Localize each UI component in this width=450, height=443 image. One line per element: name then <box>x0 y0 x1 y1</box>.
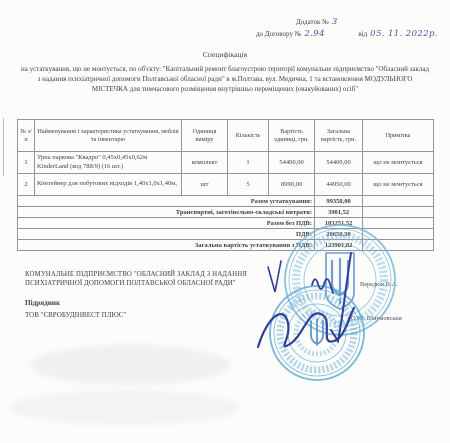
summary-label: Разом без ПДВ: <box>18 218 315 229</box>
column-header-qty: Кількість <box>228 120 269 152</box>
contract-number-handwritten: 2.94 <box>304 29 325 39</box>
summary-value: 3901,52 <box>315 207 363 218</box>
scan-smudge <box>30 345 230 385</box>
summary-note-empty <box>363 240 434 251</box>
cell-note: що не монтується <box>363 174 434 196</box>
cell-num: 1 <box>18 152 35 174</box>
date-value-handwritten: 05. 11. 2022р. <box>370 29 438 39</box>
summary-value: 20650,30 <box>315 229 363 240</box>
appendix-label: Додаток № <box>296 18 329 26</box>
summary-note-empty <box>363 207 434 218</box>
column-header-name: Найменування і характеристика устаткуван… <box>35 120 182 152</box>
summary-row-vat: ПДВ: 20650,30 <box>18 229 434 240</box>
cell-num: 2 <box>18 174 35 196</box>
summary-row-total-without-vat: Разом без ПДВ: 103251,52 <box>18 218 434 229</box>
signer-name-1: Вередкін В.А. <box>360 281 398 288</box>
summary-value: 123901,82 <box>315 240 363 251</box>
summary-row-transport-costs: Транспортні, заготівельно-складські витр… <box>18 207 434 218</box>
column-header-note: Примітка <box>363 120 434 152</box>
summary-label: Разом устаткування: <box>18 196 315 207</box>
cell-qty: 5 <box>228 174 269 196</box>
summary-note-empty <box>363 229 434 240</box>
appendix-line: Додаток №3 <box>296 17 338 27</box>
summary-row-grand-total: Загальна вартість устаткування з ПДВ: 12… <box>18 240 434 251</box>
cell-qty: 1 <box>228 152 269 174</box>
summary-label: ПДВ: <box>18 229 315 240</box>
intro-paragraph: на устаткування, що не монтується, по об… <box>20 64 430 94</box>
cell-unit-price: 8990,00 <box>269 174 315 196</box>
cell-note: що не монтується <box>363 152 434 174</box>
trident-icon <box>332 259 348 303</box>
summary-row-total-equipment: Разом устаткування: 99350,00 <box>18 196 434 207</box>
summary-label: Транспортні, заготівельно-складські витр… <box>18 207 315 218</box>
table-header-row: № з/п Найменування і характеристика уста… <box>18 120 434 152</box>
contract-line: до Договору №2.94 від05. 11. 2022р. <box>256 29 438 39</box>
summary-note-empty <box>363 218 434 229</box>
customer-name: КОМУНАЛЬНЕ ПІДПРИЄМСТВО "ОБЛАСНИЙ ЗАКЛАД… <box>25 271 253 288</box>
cell-name: Контейнер для побутових відходів 1,40х1,… <box>35 174 182 196</box>
cell-total: 54400,00 <box>315 152 363 174</box>
cell-total: 44950,00 <box>315 174 363 196</box>
specification-table: № з/п Найменування і характеристика уста… <box>17 119 434 251</box>
cell-unit: шт <box>182 174 228 196</box>
table-row: 2 Контейнер для побутових відходів 1,40х… <box>18 174 434 196</box>
column-header-total: Загальна вартість, грн. <box>315 120 363 152</box>
column-header-num: № з/п <box>18 120 35 152</box>
summary-label: Загальна вартість устаткування з ПДВ: <box>18 240 315 251</box>
column-header-unit: Одиниця виміру <box>182 120 228 152</box>
contract-label: до Договору № <box>256 30 301 38</box>
trident-icon <box>311 319 323 345</box>
appendix-number-handwritten: 3 <box>332 17 338 27</box>
contractor-label: Підрядник <box>25 299 60 307</box>
handwritten-signature-icon <box>258 253 354 347</box>
page-title: Специфікація <box>0 50 450 59</box>
scan-artifact-line <box>3 118 4 176</box>
cell-unit: комплект <box>182 152 228 174</box>
table-row: 1 Урна паркова "Квадро" 0,45х0,45х0,62м … <box>18 152 434 174</box>
scanned-specification-document: Додаток №3 до Договору №2.94 від05. 11. … <box>0 0 450 443</box>
cell-unit-price: 54400,00 <box>269 152 315 174</box>
shield-icon <box>326 253 354 309</box>
column-header-unit-price: Вартість одиниці, грн. <box>269 120 315 152</box>
summary-note-empty <box>363 196 434 207</box>
cell-name: Урна паркова "Квадро" 0,45х0,45х0,62м Ki… <box>35 152 182 174</box>
signer-name-2: О.Ю. Ширмовськи <box>351 315 402 322</box>
summary-value: 103251,52 <box>315 218 363 229</box>
round-seal-stamp-icon <box>270 286 364 380</box>
summary-value: 99350,00 <box>315 196 363 207</box>
scan-smudge <box>10 390 240 425</box>
date-label: від <box>358 30 367 38</box>
contractor-name: ТОВ "ЄВРОБУДІНВЕСТ ПЛЮС" <box>25 311 126 319</box>
